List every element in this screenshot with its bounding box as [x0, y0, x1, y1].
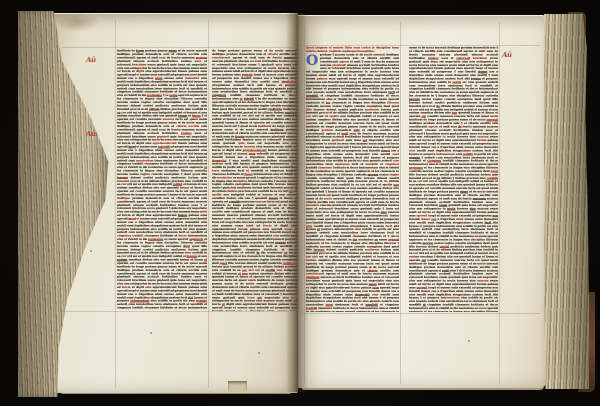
- margin-gloss: Aū: [502, 50, 512, 59]
- text-column-left-1: institoris de longe portans panem suum e…: [117, 49, 207, 310]
- parchment-speck: [258, 352, 260, 354]
- gothic-text: de longe portans panem suum et de nocte …: [212, 49, 297, 311]
- manuscript-photo: institoris de longe portans panem suum e…: [0, 0, 600, 406]
- illuminated-initial: O: [306, 53, 319, 67]
- parchment-speck: [468, 340, 470, 342]
- fore-edge-stack: [544, 14, 589, 389]
- text-column-right-1: Quod uirgines et matres filios suos cert…: [306, 46, 399, 312]
- text-column-right-2: suum et de nocte surrexit deditque preda…: [409, 46, 498, 312]
- parchment-speck: [150, 332, 152, 334]
- parchment-speck: [90, 250, 92, 252]
- gothic-text: suum et de nocte surrexit deditque preda…: [409, 46, 498, 312]
- text-column-left-2: de longe portans panem suum et de nocte …: [212, 49, 297, 311]
- gothic-text: institoris de longe portans panem suum e…: [117, 49, 207, 310]
- parchment-notch: [228, 381, 247, 392]
- margin-gloss: Aū: [86, 55, 96, 64]
- gothic-text: Quod uirgines et matres filios suos cert…: [306, 46, 399, 312]
- margin-gloss: Aū: [86, 129, 96, 138]
- chapter-rubric: Quod uirgines et matres filios suos cert…: [306, 46, 399, 53]
